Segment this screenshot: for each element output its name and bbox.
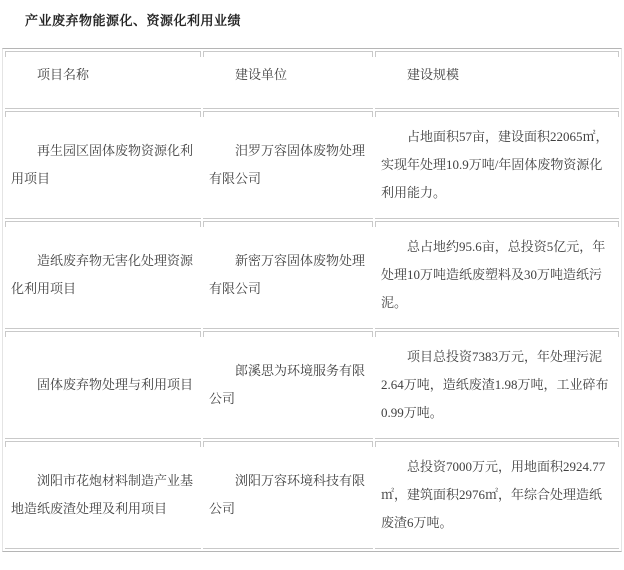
column-header-project-name: 项目名称: [5, 51, 201, 109]
table-row: 固体废弃物处理与利用项目 郎溪思为环境服务有限公司 项目总投资7383万元，年处…: [5, 331, 619, 439]
builder-cell: 汨罗万容固体废物处理有限公司: [203, 111, 373, 219]
table-row: 浏阳市花炮材料制造产业基地造纸废渣处理及利用项目 浏阳万容环境科技有限公司 总投…: [5, 441, 619, 549]
projects-table: 项目名称 建设单位 建设规模 再生园区固体废物资源化利用项目 汨罗万容固体废物处…: [2, 48, 622, 552]
scale-cell: 占地面积57亩，建设面积22065㎡，实现年处理10.9万吨/年固体废物资源化利…: [375, 111, 619, 219]
scale-cell: 项目总投资7383万元，年处理污泥2.64万吨，造纸废渣1.98万吨，工业碎布0…: [375, 331, 619, 439]
builder-cell: 新密万容固体废物处理有限公司: [203, 221, 373, 329]
scale-cell: 总投资7000万元，用地面积2924.77㎡，建筑面积2976㎡，年综合处理造纸…: [375, 441, 619, 549]
project-name-cell: 浏阳市花炮材料制造产业基地造纸废渣处理及利用项目: [5, 441, 201, 549]
project-name-cell: 固体废弃物处理与利用项目: [5, 331, 201, 439]
page: 产业废弃物能源化、资源化利用业绩 项目名称 建设单位 建设规模 再生园区固体废物…: [0, 0, 624, 552]
table-header-row: 项目名称 建设单位 建设规模: [5, 51, 619, 109]
table-row: 造纸废弃物无害化处理资源化利用项目 新密万容固体废物处理有限公司 总占地约95.…: [5, 221, 619, 329]
column-header-builder: 建设单位: [203, 51, 373, 109]
project-name-cell: 造纸废弃物无害化处理资源化利用项目: [5, 221, 201, 329]
builder-cell: 郎溪思为环境服务有限公司: [203, 331, 373, 439]
page-title: 产业废弃物能源化、资源化利用业绩: [0, 0, 624, 29]
builder-cell: 浏阳万容环境科技有限公司: [203, 441, 373, 549]
project-name-cell: 再生园区固体废物资源化利用项目: [5, 111, 201, 219]
table-row: 再生园区固体废物资源化利用项目 汨罗万容固体废物处理有限公司 占地面积57亩，建…: [5, 111, 619, 219]
column-header-scale: 建设规模: [375, 51, 619, 109]
scale-cell: 总占地约95.6亩，总投资5亿元，年处理10万吨造纸废塑料及30万吨造纸污泥。: [375, 221, 619, 329]
